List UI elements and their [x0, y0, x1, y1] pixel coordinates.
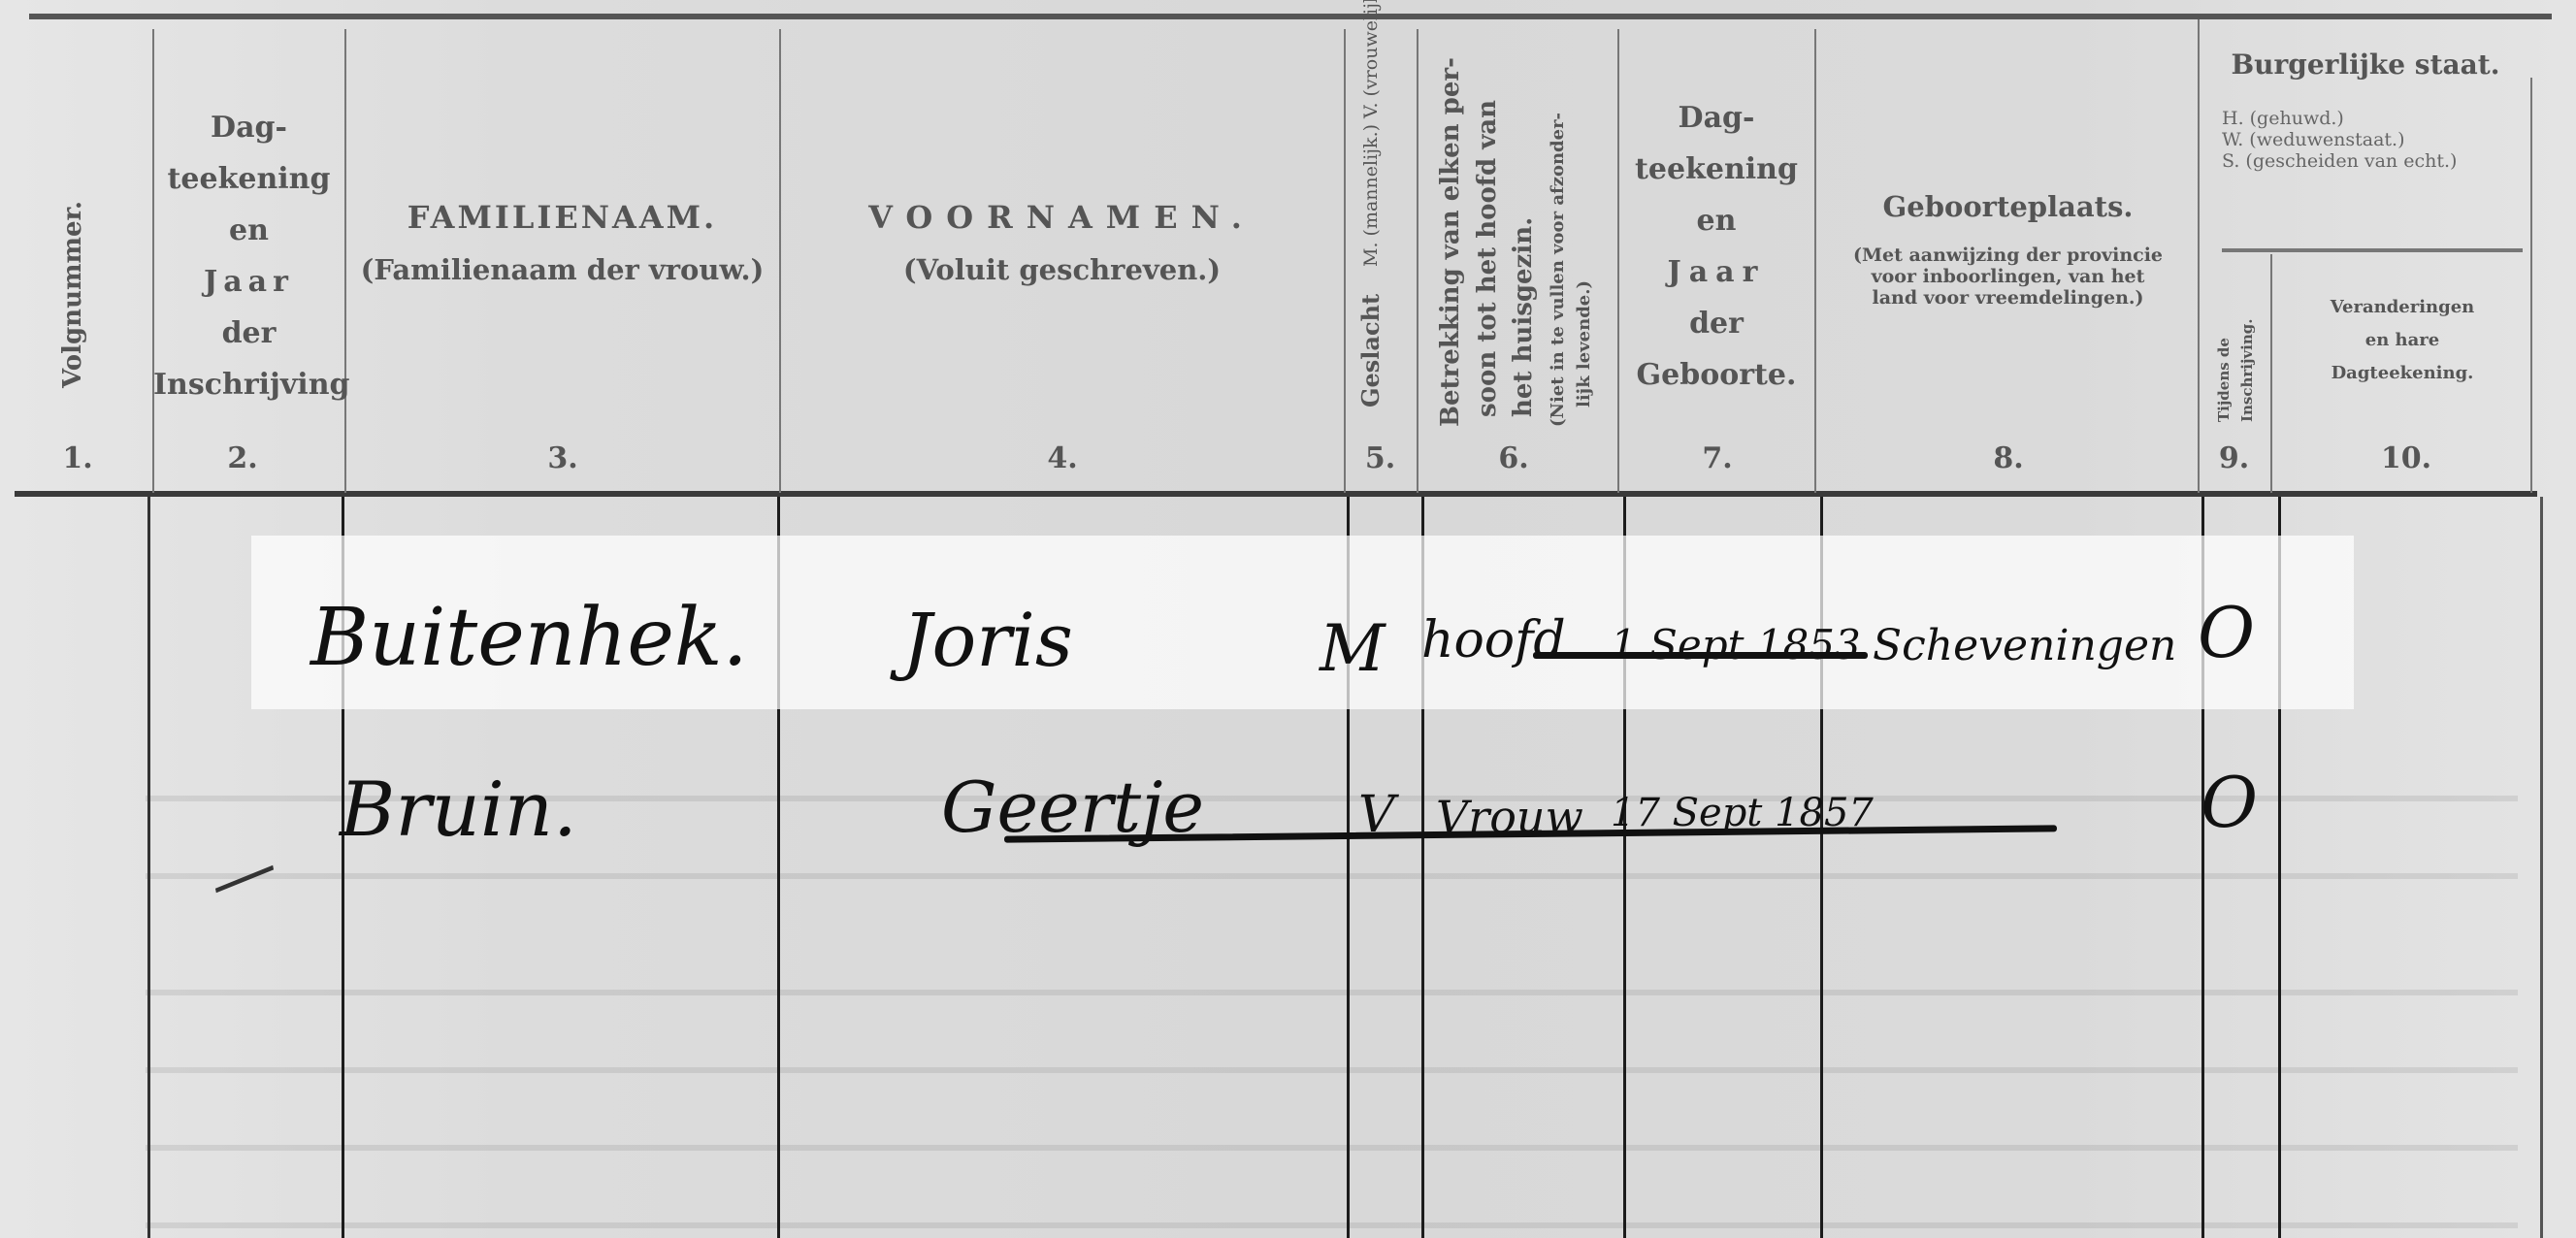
colnum-10: 10. [2367, 441, 2445, 475]
entry-2-burgerlijke-staat: O [2201, 762, 2258, 843]
entry-1-familienaam: Buitenhek. [310, 592, 748, 684]
header-bottom-rule [15, 491, 2537, 497]
entry-1-geboortedatum: 1 Sept 1853 [1611, 621, 1861, 668]
colnum-3: 3. [524, 441, 602, 475]
header-col9-label: Tijdens de Inschrijving. [2212, 267, 2261, 422]
entry-1-strikethrough [1533, 652, 1868, 659]
entry-1-voornamen: Joris [902, 597, 1073, 683]
header-col6: Betrekking van elken per- soon tot het h… [1426, 29, 1615, 427]
colnum-8: 8. [1970, 441, 2047, 475]
entry-1-betrekking: hoofd [1421, 611, 1566, 669]
colnum-4: 4. [1024, 441, 1101, 475]
header-col1-label: Volgnummer. [58, 165, 87, 388]
colnum-2: 2. [204, 441, 281, 475]
entry-2-mark: — [196, 825, 289, 924]
header-col4: VOORNAMEN. (Voluit geschreven.) [780, 199, 1344, 286]
colnum-5: 5. [1344, 441, 1417, 475]
top-rule [29, 14, 2552, 19]
header-burgerlijke-staat: Burgerlijke staat. H. (gehuwd.) W. (wedu… [2201, 49, 2530, 172]
header-col5-label: Geslacht M. (mannelijk.) V. (vrouwelijk.… [1356, 39, 1385, 407]
entry-1-geslacht: M [1320, 611, 1386, 686]
entry-2-familienaam: Bruin. [340, 766, 577, 854]
colnum-1: 1. [39, 441, 116, 475]
header-col10: Veranderingen en hare Dagteekening. [2275, 291, 2529, 390]
register-page: Volgnummer. Dag- teekening en Jaar der I… [0, 0, 2576, 1238]
colnum-7: 7. [1679, 441, 1756, 475]
colnum-6: 6. [1475, 441, 1552, 475]
colnum-9: 9. [2198, 441, 2270, 475]
header-col7: Dag- teekening en Jaar der Geboorte. [1618, 92, 1814, 401]
header-col8: Geboorteplaats. (Met aanwijzing der prov… [1816, 190, 2200, 309]
header-col2: Dag- teekening en Jaar der Inschrijving [153, 102, 344, 410]
entry-1-geboorteplaats: Scheveningen [1873, 621, 2176, 670]
entry-1-burgerlijke-staat: O [2198, 592, 2255, 673]
header-col3: FAMILIENAAM. (Familienaam der vrouw.) [345, 199, 779, 286]
burgerlijke-staat-subrule [2222, 248, 2523, 252]
